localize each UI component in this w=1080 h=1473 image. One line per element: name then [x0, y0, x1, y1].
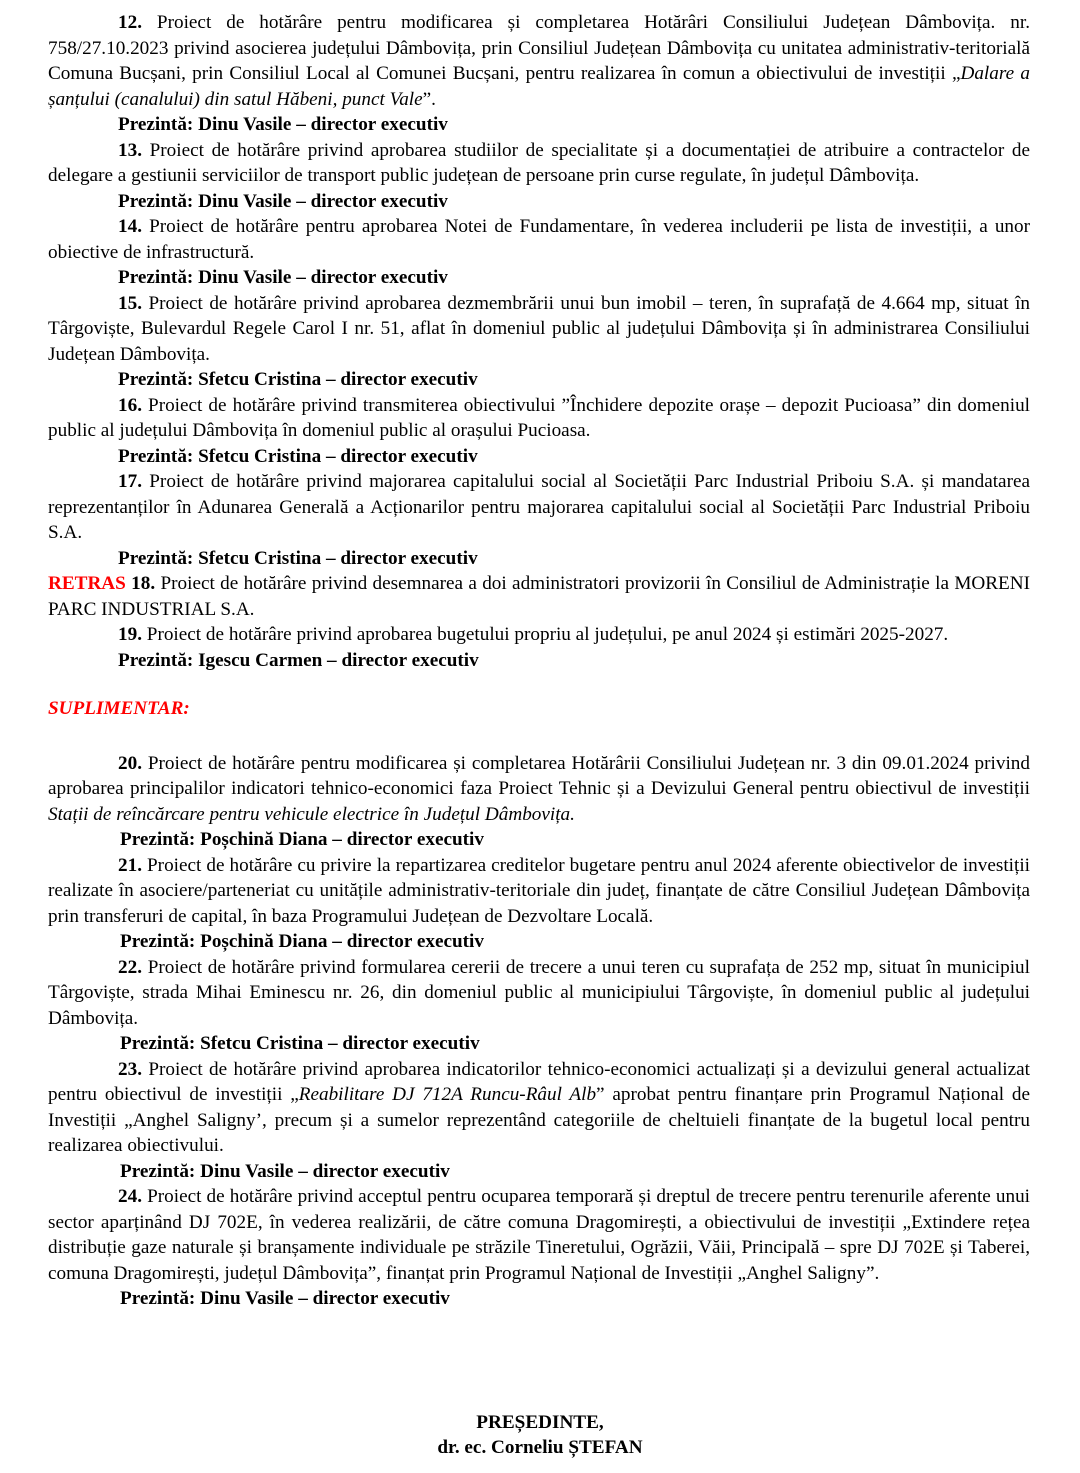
item-description: Proiect de hotărâre privind transmiterea… [48, 395, 1030, 442]
signature-block: PREȘEDINTE, dr. ec. Corneliu ȘTEFAN [0, 1410, 1080, 1460]
item-text: 21. Proiect de hotărâre cu privire la re… [48, 853, 1030, 930]
item-number: 13. [118, 140, 142, 161]
item-description: Proiect de hotărâre privind acceptul pen… [48, 1186, 1030, 1284]
item-text: 16. Proiect de hotărâre privind transmit… [48, 393, 1030, 444]
item-description: Proiect de hotărâre privind aprobarea bu… [142, 624, 948, 645]
item-number: 21. [118, 855, 142, 876]
item-number: 16. [118, 395, 142, 416]
item-text: 13. Proiect de hotărâre privind aprobare… [48, 138, 1030, 189]
item-text: 14. Proiect de hotărâre pentru aprobarea… [48, 214, 1030, 265]
agenda-item-21: 21. Proiect de hotărâre cu privire la re… [48, 853, 1030, 955]
agenda-item-13: 13. Proiect de hotărâre privind aprobare… [48, 138, 1030, 215]
item-description: Proiect de hotărâre privind aprobarea de… [48, 293, 1030, 365]
agenda-item-18: RETRAS 18. Proiect de hotărâre privind d… [48, 571, 1030, 622]
item-presenter: Prezintă: Dinu Vasile – director executi… [48, 265, 1030, 291]
agenda-item-22: 22. Proiect de hotărâre privind formular… [48, 955, 1030, 1057]
signature-title: PREȘEDINTE, [0, 1410, 1080, 1435]
item-presenter: Prezintă: Igescu Carmen – director execu… [48, 648, 1030, 674]
item-presenter: Prezintă: Dinu Vasile – director executi… [48, 1159, 1030, 1185]
item-text: 17. Proiect de hotărâre privind majorare… [48, 469, 1030, 546]
item-description: Proiect de hotărâre cu privire la repart… [48, 855, 1030, 927]
item-description: Proiect de hotărâre pentru modificarea ș… [48, 753, 1030, 800]
agenda-item-23: 23. Proiect de hotărâre privind aprobare… [48, 1057, 1030, 1185]
item-presenter: Prezintă: Dinu Vasile – director executi… [48, 112, 1030, 138]
item-text: 12. Proiect de hotărâre pentru modificar… [48, 10, 1030, 112]
item-presenter: Prezintă: Sfetcu Cristina – director exe… [48, 367, 1030, 393]
item-number: 24. [118, 1186, 142, 1207]
item-number: 18. [131, 573, 155, 594]
agenda-item-19: 19. Proiect de hotărâre privind aprobare… [48, 622, 1030, 673]
item-text: 24. Proiect de hotărâre privind acceptul… [48, 1184, 1030, 1286]
item-description: Proiect de hotărâre privind desemnarea a… [48, 573, 1030, 620]
item-presenter: Prezintă: Dinu Vasile – director executi… [48, 1286, 1030, 1312]
item-description-end: ”. [423, 89, 436, 110]
item-presenter: Prezintă: Sfetcu Cristina – director exe… [48, 1031, 1030, 1057]
agenda-item-16: 16. Proiect de hotărâre privind transmit… [48, 393, 1030, 470]
withdrawn-badge: RETRAS [48, 573, 126, 594]
item-number: 22. [118, 957, 142, 978]
supplementary-heading: SUPLIMENTAR: [48, 696, 1030, 722]
item-text: 22. Proiect de hotărâre privind formular… [48, 955, 1030, 1032]
item-number: 23. [118, 1059, 142, 1080]
agenda-item-15: 15. Proiect de hotărâre privind aprobare… [48, 291, 1030, 393]
item-presenter: Prezintă: Sfetcu Cristina – director exe… [48, 444, 1030, 470]
item-description: Proiect de hotărâre privind majorarea ca… [48, 471, 1030, 543]
item-presenter: Prezintă: Sfetcu Cristina – director exe… [48, 546, 1030, 572]
agenda-item-14: 14. Proiect de hotărâre pentru aprobarea… [48, 214, 1030, 291]
item-text: 19. Proiect de hotărâre privind aprobare… [48, 622, 1030, 648]
item-italic-title: Stații de reîncărcare pentru vehicule el… [48, 804, 575, 825]
item-text: 15. Proiect de hotărâre privind aprobare… [48, 291, 1030, 368]
item-number: 15. [118, 293, 142, 314]
item-description: Proiect de hotărâre privind aprobarea st… [48, 140, 1030, 187]
item-text: 20. Proiect de hotărâre pentru modificar… [48, 751, 1030, 828]
item-description: Proiect de hotărâre pentru aprobarea Not… [48, 216, 1030, 263]
agenda-content: 12. Proiect de hotărâre pentru modificar… [48, 10, 1030, 1312]
item-text: 23. Proiect de hotărâre privind aprobare… [48, 1057, 1030, 1159]
item-number: 20. [118, 753, 142, 774]
item-italic-title: Reabilitare DJ 712A Runcu-Râul Alb [299, 1084, 596, 1105]
item-description: Proiect de hotărâre pentru modificarea ș… [48, 12, 1030, 84]
agenda-item-20: 20. Proiect de hotărâre pentru modificar… [48, 751, 1030, 853]
signature-name: dr. ec. Corneliu ȘTEFAN [0, 1435, 1080, 1460]
agenda-item-12: 12. Proiect de hotărâre pentru modificar… [48, 10, 1030, 138]
item-number: 12. [118, 12, 142, 33]
agenda-item-24: 24. Proiect de hotărâre privind acceptul… [48, 1184, 1030, 1312]
item-presenter: Prezintă: Poșchină Diana – director exec… [48, 929, 1030, 955]
item-presenter: Prezintă: Poșchină Diana – director exec… [48, 827, 1030, 853]
item-number: 17. [118, 471, 142, 492]
document-page: 12. Proiect de hotărâre pentru modificar… [0, 0, 1080, 1473]
item-text: RETRAS 18. Proiect de hotărâre privind d… [48, 571, 1030, 622]
item-number: 19. [118, 624, 142, 645]
item-presenter: Prezintă: Dinu Vasile – director executi… [48, 189, 1030, 215]
item-description: Proiect de hotărâre privind formularea c… [48, 957, 1030, 1029]
item-number: 14. [118, 216, 142, 237]
agenda-item-17: 17. Proiect de hotărâre privind majorare… [48, 469, 1030, 571]
